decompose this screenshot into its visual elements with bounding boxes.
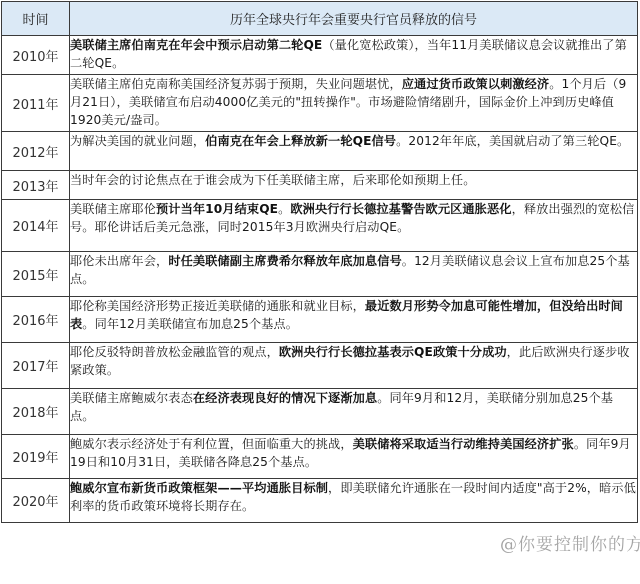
signal-description-cell: 鲍威尔宣布新货币政策框架——平均通胀目标制，即美联储允许通胀在一段时间内适度"高… — [70, 479, 638, 523]
description-text: 。2012年年底，美国就启动了第三轮QE。 — [396, 134, 629, 148]
year-cell: 2012年 — [2, 132, 70, 171]
year-cell: 2020年 — [2, 479, 70, 523]
year-cell: 2011年 — [2, 75, 70, 132]
header-signal: 历年全球央行年会重要央行官员释放的信号 — [70, 2, 638, 36]
description-text: 美联储主席耶伦 — [70, 202, 156, 216]
highlighted-text: 时任美联储副主席费希尔释放年底加息信号 — [168, 254, 401, 268]
signal-description-cell: 耶伦未出席年会，时任美联储副主席费希尔释放年底加息信号。12月美联储议息会议上宣… — [70, 252, 638, 297]
highlighted-text: 伯南克在年会上释放新一轮QE信号 — [205, 134, 396, 148]
table-row: 2015年耶伦未出席年会，时任美联储副主席费希尔释放年底加息信号。12月美联储议… — [2, 252, 638, 297]
table-row: 2016年耶伦称美国经济形势正接近美联储的通胀和就业目标，最近数月形势令加息可能… — [2, 297, 638, 343]
table-row: 2020年鲍威尔宣布新货币政策框架——平均通胀目标制，即美联储允许通胀在一段时间… — [2, 479, 638, 523]
description-text: 美联储主席伯克南称美国经济复苏弱于预期，失业问题堪忧， — [70, 77, 402, 91]
description-text: 美联储主席鲍威尔表态 — [70, 391, 193, 405]
year-cell: 2013年 — [2, 171, 70, 200]
table-row: 2013年当时年会的讨论焦点在于谁会成为下任美联储主席，后来耶伦如预期上任。 — [2, 171, 638, 200]
signal-description-cell: 当时年会的讨论焦点在于谁会成为下任美联储主席，后来耶伦如预期上任。 — [70, 171, 638, 200]
year-cell: 2010年 — [2, 36, 70, 75]
signal-description-cell: 美联储主席耶伦预计当年10月结束QE。欧洲央行行长德拉基警告欧元区通胀恶化，释放… — [70, 200, 638, 252]
table-row: 2012年为解决美国的就业问题，伯南克在年会上释放新一轮QE信号。2012年年底… — [2, 132, 638, 171]
highlighted-text: 美联储主席伯南克在年会中预示启动第二轮QE — [70, 38, 322, 52]
description-text: 耶伦反驳特朗普放松金融监管的观点， — [70, 345, 279, 359]
year-cell: 2014年 — [2, 200, 70, 252]
table-row: 2017年耶伦反驳特朗普放松金融监管的观点，欧洲央行行长德拉基表示QE政策十分成… — [2, 343, 638, 389]
description-text: 当时年会的讨论焦点在于谁会成为下任美联储主席，后来耶伦如预期上任。 — [70, 173, 476, 187]
description-text: 为解决美国的就业问题， — [70, 134, 205, 148]
central-bank-signals-table: 时间 历年全球央行年会重要央行官员释放的信号 2010年美联储主席伯南克在年会中… — [1, 1, 638, 523]
year-cell: 2019年 — [2, 435, 70, 479]
highlighted-text: 应通过货币政策以刺激经济 — [402, 77, 549, 91]
highlighted-text: 欧洲央行行长德拉基表示QE政策十分成功 — [279, 345, 507, 359]
signal-description-cell: 鲍威尔表示经济处于有利位置，但面临重大的挑战，美联储将采取适当行动维持美国经济扩… — [70, 435, 638, 479]
signal-description-cell: 耶伦称美国经济形势正接近美联储的通胀和就业目标，最近数月形势令加息可能性增加，但… — [70, 297, 638, 343]
year-cell: 2017年 — [2, 343, 70, 389]
year-cell: 2015年 — [2, 252, 70, 297]
description-text: 耶伦称美国经济形势正接近美联储的通胀和就业目标， — [70, 299, 365, 313]
signal-description-cell: 美联储主席鲍威尔表态在经济表现良好的情况下逐渐加息。同年9月和12月，美联储分别… — [70, 389, 638, 435]
highlighted-text: 预计当年10月结束QE — [156, 202, 278, 216]
watermark: @你要控制你的方圆 — [500, 530, 640, 555]
table-row: 2019年鲍威尔表示经济处于有利位置，但面临重大的挑战，美联储将采取适当行动维持… — [2, 435, 638, 479]
table-row: 2014年美联储主席耶伦预计当年10月结束QE。欧洲央行行长德拉基警告欧元区通胀… — [2, 200, 638, 252]
description-text: 。同年12月美联储宣布加息25个基点。 — [82, 317, 298, 331]
year-cell: 2016年 — [2, 297, 70, 343]
highlighted-text: 美联储将采取适当行动维持美国经济扩张 — [353, 437, 574, 451]
table-row: 2010年美联储主席伯南克在年会中预示启动第二轮QE（量化宽松政策），当年11月… — [2, 36, 638, 75]
signal-description-cell: 美联储主席伯克南称美国经济复苏弱于预期，失业问题堪忧，应通过货币政策以刺激经济。… — [70, 75, 638, 132]
signal-description-cell: 美联储主席伯南克在年会中预示启动第二轮QE（量化宽松政策），当年11月美联储议息… — [70, 36, 638, 75]
table-header-row: 时间 历年全球央行年会重要央行官员释放的信号 — [2, 2, 638, 36]
signal-description-cell: 为解决美国的就业问题，伯南克在年会上释放新一轮QE信号。2012年年底，美国就启… — [70, 132, 638, 171]
description-text: 耶伦未出席年会， — [70, 254, 168, 268]
highlighted-text: 欧洲央行行长德拉基警告欧元区通胀恶化 — [290, 202, 511, 216]
description-text: 。 — [278, 202, 290, 216]
table-row: 2011年美联储主席伯克南称美国经济复苏弱于预期，失业问题堪忧，应通过货币政策以… — [2, 75, 638, 132]
year-cell: 2018年 — [2, 389, 70, 435]
header-time: 时间 — [2, 2, 70, 36]
highlighted-text: 在经济表现良好的情况下逐渐加息 — [193, 391, 377, 405]
signal-description-cell: 耶伦反驳特朗普放松金融监管的观点，欧洲央行行长德拉基表示QE政策十分成功，此后欧… — [70, 343, 638, 389]
description-text: 鲍威尔表示经济处于有利位置，但面临重大的挑战， — [70, 437, 353, 451]
table-row: 2018年美联储主席鲍威尔表态在经济表现良好的情况下逐渐加息。同年9月和12月，… — [2, 389, 638, 435]
highlighted-text: 鲍威尔宣布新货币政策框架——平均通胀目标制 — [70, 481, 328, 495]
